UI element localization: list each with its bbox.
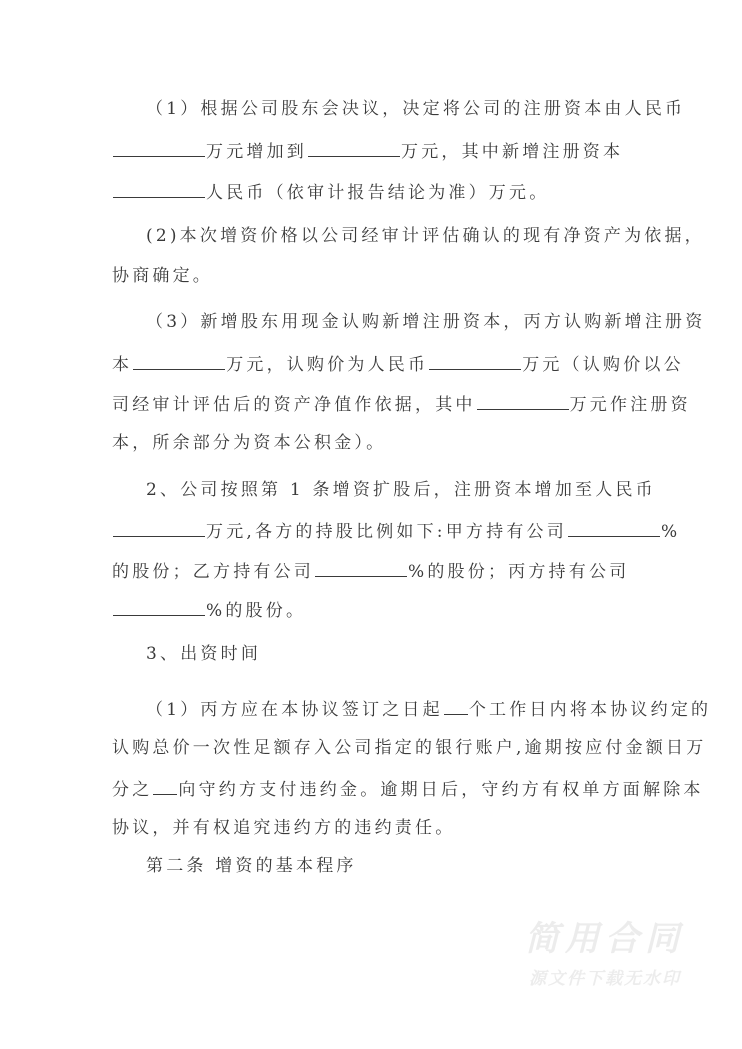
paragraph-line: 认购总价一次性足额存入公司指定的银行账户,逾期按应付金额日万	[112, 737, 632, 759]
watermark: 简用合同 源文件下载无水印	[510, 918, 700, 992]
text: 人民币（依审计报告结论为准）万元。	[206, 183, 549, 203]
article-heading: 第二条 增资的基本程序	[146, 855, 666, 877]
paragraph-line: 人民币（依审计报告结论为准）万元。	[112, 180, 632, 204]
paragraph-line: 的股份；乙方持有公司%的股份；丙方持有公司	[112, 559, 632, 583]
fill-blank[interactable]	[153, 777, 177, 795]
paragraph-line: 协议，并有权追究违约方的违约责任。	[112, 817, 632, 839]
fill-blank[interactable]	[477, 392, 569, 410]
text: 协议，并有权追究违约方的违约责任。	[112, 818, 455, 838]
fill-blank[interactable]	[308, 139, 400, 157]
paragraph-line: 协商确定。	[112, 265, 632, 287]
paragraph-line: （1）根据公司股东会决议，决定将公司的注册资本由人民币	[146, 98, 666, 120]
text: 司经审计评估后的资产净值作依据，其中	[112, 395, 476, 415]
text: 万元，其中新增注册资本	[401, 142, 623, 162]
text: 向守约方支付违约金。逾期日后，守约方有权单方面解除本	[178, 780, 703, 800]
text: 3、出资时间	[146, 644, 261, 664]
paragraph-line: （3）新增股东用现金认购新增注册资本，丙方认购新增注册资	[146, 311, 666, 333]
fill-blank[interactable]	[444, 697, 468, 715]
paragraph-line: 万元,各方的持股比例如下:甲方持有公司%	[112, 519, 632, 543]
paragraph-line: 司经审计评估后的资产净值作依据，其中万元作注册资	[112, 392, 632, 416]
text: 2、公司按照第 1 条增资扩股后，注册资本增加至人民币	[146, 480, 656, 500]
text: 认购总价一次性足额存入公司指定的银行账户,逾期按应付金额日万	[112, 738, 706, 758]
paragraph-line: 本，所余部分为资本公积金）。	[112, 432, 632, 454]
paragraph-line: 万元增加到万元，其中新增注册资本	[112, 139, 632, 163]
fill-blank[interactable]	[315, 559, 407, 577]
fill-blank[interactable]	[113, 598, 205, 616]
text: %的股份。	[206, 601, 306, 621]
text: 万元（认购价以公	[522, 355, 684, 375]
fill-blank[interactable]	[429, 352, 521, 370]
fill-blank[interactable]	[133, 352, 225, 370]
document-page: （1）根据公司股东会决议，决定将公司的注册资本由人民币 万元增加到万元，其中新增…	[0, 0, 742, 1049]
text: (2)本次增资价格以公司经审计评估确认的现有净资产为依据，	[146, 226, 705, 246]
text: %	[661, 522, 680, 542]
paragraph-line: (2)本次增资价格以公司经审计评估确认的现有净资产为依据，	[146, 225, 666, 247]
text: 第二条 增资的基本程序	[146, 856, 357, 876]
fill-blank[interactable]	[113, 139, 205, 157]
paragraph-line: 分之向守约方支付违约金。逾期日后，守约方有权单方面解除本	[112, 777, 632, 801]
text: 万元增加到	[206, 142, 307, 162]
text: 协商确定。	[112, 266, 213, 286]
fill-blank[interactable]	[113, 519, 205, 537]
text: （3）新增股东用现金认购新增注册资本，丙方认购新增注册资	[146, 312, 705, 332]
text: （1）丙方应在本协议签订之日起	[146, 700, 443, 720]
watermark-subtitle: 源文件下载无水印	[510, 966, 700, 992]
text: 本	[112, 355, 132, 375]
text: 个工作日内将本协议约定的	[469, 700, 711, 720]
text: 本，所余部分为资本公积金）。	[112, 433, 386, 453]
fill-blank[interactable]	[113, 180, 205, 198]
text: 万元,各方的持股比例如下:甲方持有公司	[206, 522, 567, 542]
paragraph-line: %的股份。	[112, 598, 632, 622]
text: 万元作注册资	[570, 395, 691, 415]
text: 分之	[112, 780, 152, 800]
paragraph-line: 本万元，认购价为人民币万元（认购价以公	[112, 352, 632, 376]
watermark-title: 简用合同	[510, 918, 700, 960]
text: 万元，认购价为人民币	[226, 355, 428, 375]
text: （1）根据公司股东会决议，决定将公司的注册资本由人民币	[146, 99, 685, 119]
paragraph-line: （1）丙方应在本协议签订之日起个工作日内将本协议约定的	[146, 697, 666, 721]
paragraph-line: 2、公司按照第 1 条增资扩股后，注册资本增加至人民币	[146, 479, 666, 501]
fill-blank[interactable]	[568, 519, 660, 537]
text: 的股份；乙方持有公司	[112, 562, 314, 582]
section-heading: 3、出资时间	[146, 643, 666, 665]
text: %的股份；丙方持有公司	[408, 562, 629, 582]
